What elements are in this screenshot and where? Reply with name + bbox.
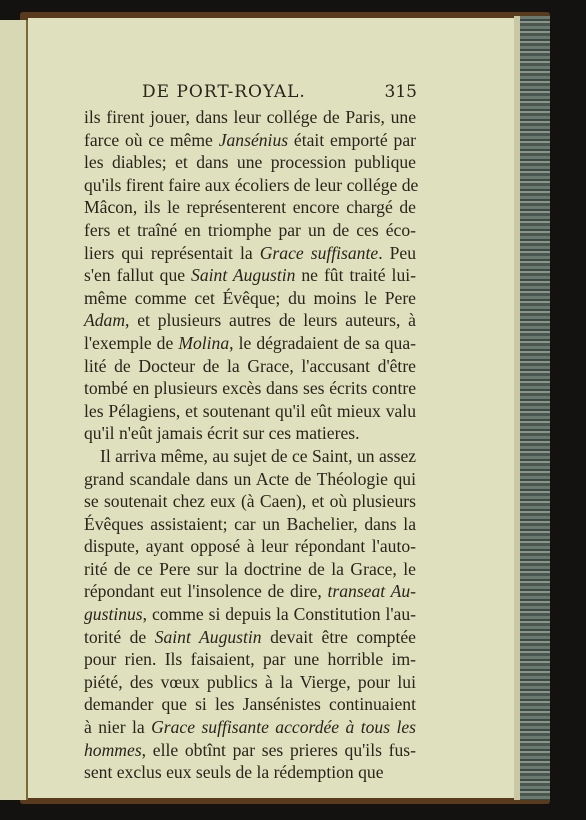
text-line: qu'ils firent faire aux écoliers de leur… [84, 174, 416, 197]
text-line: Il arriva même, au sujet de ce Saint, un… [84, 445, 416, 468]
text-line: Adam, et plusieurs autres de leurs auteu… [84, 309, 416, 332]
text-line: les diables; et dans une procession publ… [84, 151, 416, 174]
text-line: l'exemple de Molina, le dégradaient de s… [84, 332, 416, 355]
text-line: grand scandale dans un Acte de Théologie… [84, 468, 416, 491]
text-line: se soutenait chez eux (à Caen), et où pl… [84, 490, 416, 513]
running-title: DE PORT-ROYAL. [142, 82, 306, 102]
text-line: tombé en plusieurs excès dans ses écrits… [84, 377, 416, 400]
text-line: liers qui représentait la Grace suffisan… [84, 242, 416, 265]
text-line: torité de Saint Augustin devait être com… [84, 626, 416, 649]
text-line: Mâcon, ils le représenterent encore char… [84, 196, 416, 219]
text-line: à nier la Grace suffisante accordée à to… [84, 716, 416, 739]
text-line: hommes, elle obtînt par ses prieres qu'i… [84, 739, 416, 762]
text-line: rité de ce Pere sur la doctrine de la Gr… [84, 558, 416, 581]
text-line: ils firent jouer, dans leur collége de P… [84, 106, 416, 129]
body-text: ils firent jouer, dans leur collége de P… [84, 106, 416, 784]
text-line: fers et traîné en triomphe par un de ces… [84, 219, 416, 242]
text-line: demander que si les Jansénistes continua… [84, 693, 416, 716]
text-line: piété, des vœux publics à la Vierge, pou… [84, 671, 416, 694]
text-line: dispute, ayant opposé à leur répondant l… [84, 535, 416, 558]
text-line: qu'il n'eût jamais écrit sur ces matiere… [84, 422, 416, 445]
text-line: Évêques assistaient; car un Bachelier, d… [84, 513, 416, 536]
text-line: les Pélagiens, et soutenant qu'il eût mi… [84, 400, 416, 423]
text-line: répondant eut l'insolence de dire, trans… [84, 580, 416, 603]
page-stack-edge [514, 16, 520, 800]
text-line: sent exclus eux seuls de la rédemption q… [84, 761, 416, 784]
page-number: 315 [385, 82, 417, 102]
text-line: lité de Docteur de la Grace, l'accusant … [84, 355, 416, 378]
text-line: gustinus, comme si depuis la Constitutio… [84, 603, 416, 626]
text-line: pour rien. Ils faisaient, par une horrib… [84, 648, 416, 671]
text-line: farce où ce même Jansénius était emporté… [84, 129, 416, 152]
text-line: s'en fallut que Saint Augustin ne fût tr… [84, 264, 416, 287]
text-line: même comme cet Évêque; du moins le Pere [84, 287, 416, 310]
facing-page-edge [0, 20, 28, 800]
